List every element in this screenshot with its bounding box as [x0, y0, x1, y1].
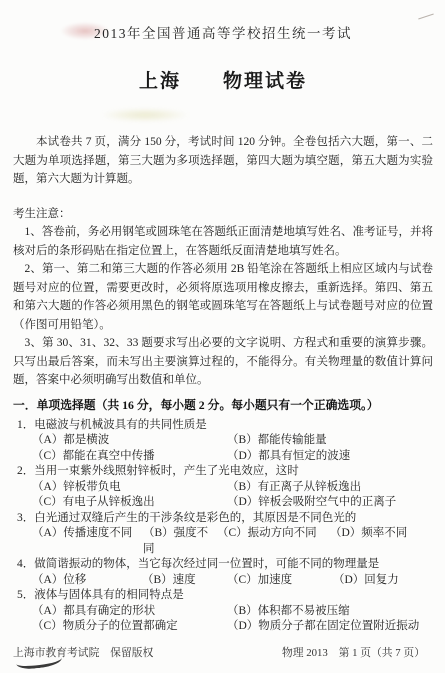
- option-d: （D）都具有恒定的波速: [227, 449, 433, 465]
- question-4-stem-line: 4． 做简谐振动的物体，当它每次经过同一位置时，可能不同的物理量是: [17, 557, 433, 573]
- question-5-options: （A）都具有确定的形状 （B）体积都不易被压缩 （C）物质分子的位置都确定 （D…: [32, 604, 433, 635]
- page-content: 2013年全国普通高等学校招生统一考试 上海 物理试卷 本试卷共 7 页，满分 …: [0, 22, 445, 635]
- option-b: （B）速度: [142, 573, 227, 589]
- option-d: （D）锌板会吸附空气中的正离子: [227, 495, 433, 511]
- section-heading-single-choice: 一．单项选择题（共 16 分，每小题 2 分。每小题只有一个正确选项。）: [13, 396, 433, 414]
- option-b: （B）有正离子从锌板逸出: [227, 480, 433, 496]
- exam-intro-paragraph: 本试卷共 7 页，满分 150 分，考试时间 120 分钟。全卷包括六大题，第一…: [13, 133, 433, 189]
- question-2-stem-line: 2． 当用一束紫外线照射锌板时，产生了光电效应，这时: [17, 464, 433, 480]
- option-b: （B）强度不同: [143, 526, 217, 557]
- question-2-options: （A）锌板带负电 （B）有正离子从锌板逸出 （C）有电子从锌板逸出 （D）锌板会…: [32, 480, 433, 511]
- option-c: （C）有电子从锌板逸出: [32, 495, 227, 511]
- option-b: （B）都能传输能量: [227, 433, 433, 449]
- question-stem: 电磁波与机械波具有的共同性质是: [34, 418, 433, 434]
- fold-line-artifact: [418, 14, 434, 20]
- option-d: （D）物质分子都在固定位置附近振动: [227, 619, 433, 635]
- exam-paper-page: 2013年全国普通高等学校招生统一考试 上海 物理试卷 本试卷共 7 页，满分 …: [0, 0, 445, 673]
- notice-item-3: 3、第 30、31、32、33 题要求写出必要的文字说明、方程式和重要的演算步骤…: [13, 334, 433, 390]
- option-d: （D）频率不同: [330, 526, 433, 557]
- footer-page-number: 物理 2013 第 1 页（共 7 页）: [282, 645, 425, 660]
- question-4-options: （A）位移 （B）速度 （C）加速度 （D）回复力: [32, 573, 433, 589]
- question-3: 3． 白光通过双缝后产生的干涉条纹是彩色的，其原因是不同色光的 （A）传播速度不…: [13, 511, 433, 558]
- question-5-stem-line: 5． 液体与固体具有的相同特点是: [17, 588, 433, 604]
- option-d: （D）回复力: [333, 573, 433, 589]
- question-stem: 白光通过双缝后产生的干涉条纹是彩色的，其原因是不同色光的: [34, 511, 433, 527]
- question-stem: 液体与固体具有的相同特点是: [34, 588, 433, 604]
- question-5: 5． 液体与固体具有的相同特点是 （A）都具有确定的形状 （B）体积都不易被压缩…: [13, 588, 433, 635]
- question-number: 3．: [17, 511, 34, 527]
- question-1-options: （A）都是横波 （B）都能传输能量 （C）都能在真空中传播 （D）都具有恒定的波…: [32, 433, 433, 464]
- exam-title: 2013年全国普通高等学校招生统一考试: [13, 22, 433, 42]
- option-a: （A）锌板带负电: [32, 480, 227, 496]
- option-a: （A）都是横波: [32, 433, 227, 449]
- question-3-options: （A）传播速度不同 （B）强度不同 （C）振动方向不同 （D）频率不同: [32, 526, 433, 557]
- notice-item-1: 1、答卷前，务必用钢笔或圆珠笔在答题纸正面清楚地填写姓名、准考证号，并将核对后的…: [13, 223, 433, 260]
- question-number: 5．: [17, 588, 34, 604]
- question-number: 1．: [17, 418, 34, 434]
- question-stem: 当用一束紫外线照射锌板时，产生了光电效应，这时: [34, 464, 433, 480]
- question-3-stem-line: 3． 白光通过双缝后产生的干涉条纹是彩色的，其原因是不同色光的: [17, 511, 433, 527]
- paper-subtitle: 上海 物理试卷: [13, 66, 433, 93]
- question-2: 2． 当用一束紫外线照射锌板时，产生了光电效应，这时 （A）锌板带负电 （B）有…: [13, 464, 433, 511]
- question-1: 1． 电磁波与机械波具有的共同性质是 （A）都是横波 （B）都能传输能量 （C）…: [13, 418, 433, 465]
- question-number: 4．: [17, 557, 34, 573]
- option-c: （C）物质分子的位置都确定: [32, 619, 227, 635]
- option-c: （C）加速度: [227, 573, 333, 589]
- question-4: 4． 做简谐振动的物体，当它每次经过同一位置时，可能不同的物理量是 （A）位移 …: [13, 557, 433, 588]
- option-c: （C）振动方向不同: [217, 526, 330, 557]
- question-list: 1． 电磁波与机械波具有的共同性质是 （A）都是横波 （B）都能传输能量 （C）…: [13, 418, 433, 635]
- question-1-stem-line: 1． 电磁波与机械波具有的共同性质是: [17, 418, 433, 434]
- option-a: （A）位移: [32, 573, 142, 589]
- page-footer: 上海市教育考试院 保留版权 物理 2013 第 1 页（共 7 页）: [13, 645, 425, 660]
- footer-copyright: 上海市教育考试院 保留版权: [13, 645, 153, 660]
- option-a: （A）都具有确定的形状: [32, 604, 227, 620]
- option-b: （B）体积都不易被压缩: [227, 604, 433, 620]
- question-number: 2．: [17, 464, 34, 480]
- option-c: （C）都能在真空中传播: [32, 449, 227, 465]
- notice-item-2: 2、第一、第二和第三大题的作答必须用 2B 铅笔涂在答题纸上相应区域内与试卷题号…: [13, 260, 433, 334]
- notice-heading: 考生注意：: [13, 205, 433, 224]
- question-stem: 做简谐振动的物体，当它每次经过同一位置时，可能不同的物理量是: [34, 557, 433, 573]
- option-a: （A）传播速度不同: [32, 526, 143, 557]
